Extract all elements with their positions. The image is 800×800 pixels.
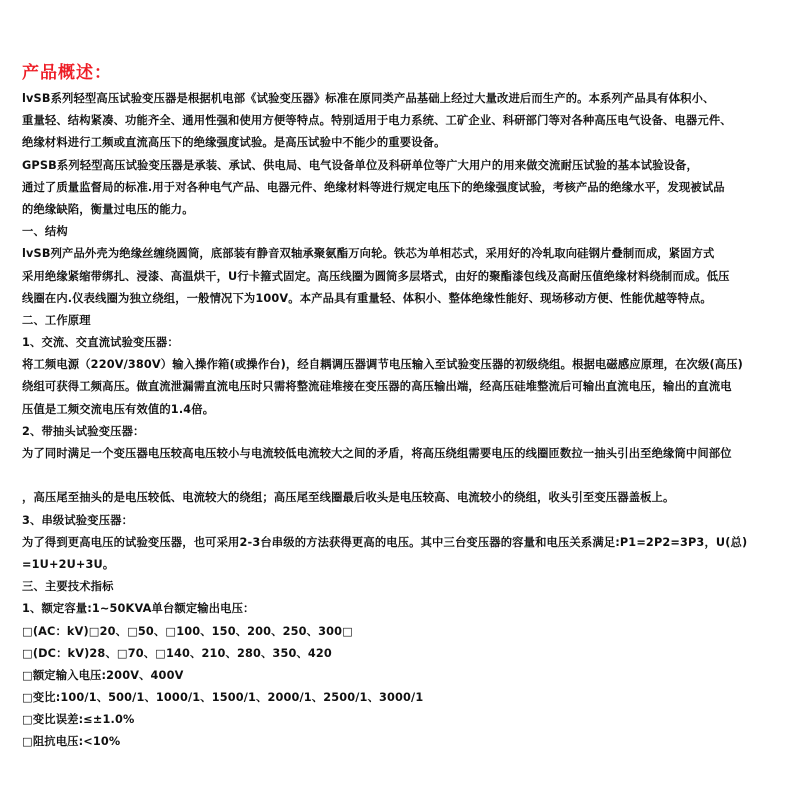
- spec-input-voltage: □额定输入电压:200V、400V: [22, 665, 792, 687]
- subheading-tapped: 2、带抽头试验变压器：: [22, 421, 792, 443]
- section-heading-specs: 三、主要技术指标: [22, 576, 792, 598]
- spec-ratio: □变比:100/1、500/1、1000/1、1500/1、2000/1、250…: [22, 687, 792, 709]
- blank-line: [22, 465, 792, 487]
- text-line: ，高压尾至抽头的是电压较低、电流较大的绕组；高压尾至线圈最后收头是电压较高、电流…: [22, 487, 792, 509]
- text-line: 绝缘材料进行工频或直流高压下的绝缘强度试验。是高压试验中不能少的重要设备。: [22, 132, 792, 154]
- text-line: 重量轻、结构紧凑、功能齐全、通用性强和使用方便等特点。特别适用于电力系统、工矿企…: [22, 110, 792, 132]
- text-line: 将工频电源（220V/380V）输入操作箱(或操作台)，经自耦调压器调节电压输入…: [22, 354, 792, 376]
- spec-impedance-voltage: □阻抗电压:<10%: [22, 731, 792, 753]
- page-title: 产品概述：: [22, 58, 112, 83]
- spec-ratio-error: □变比误差:≤±1.0%: [22, 709, 792, 731]
- subheading-cascade: 3、串级试验变压器：: [22, 510, 792, 532]
- subheading-ac-dc: 1、交流、交直流试验变压器：: [22, 332, 792, 354]
- text-line: 压值是工频交流电压有效值的1.4倍。: [22, 399, 792, 421]
- text-line: 为了同时满足一个变压器电压较高电压较小与电流较低电流较大之间的矛盾，将高压绕组需…: [22, 443, 792, 465]
- section-heading-structure: 一、结构: [22, 221, 792, 243]
- text-line: 线圈在内.仪表线圈为独立绕组，一般情况下为100V。本产品具有重量轻、体积小、整…: [22, 288, 792, 310]
- text-line: 绕组可获得工频高压。做直流泄漏需直流电压时只需将整流硅堆接在变压器的高压输出端，…: [22, 376, 792, 398]
- text-line: GPSB系列轻型高压试验变压器是承装、承试、供电局、电气设备单位及科研单位等广大…: [22, 155, 792, 177]
- text-line: 为了得到更高电压的试验变压器，也可采用2-3台串级的方法获得更高的电压。其中三台…: [22, 532, 792, 554]
- spec-ac-voltage: □(AC：kV)□20、□50、□100、150、200、250、300□: [22, 621, 792, 643]
- text-line: 的绝缘缺陷，衡量过电压的能力。: [22, 199, 792, 221]
- product-description: lvSB系列轻型高压试验变压器是根据机电部《试验变压器》标准在原同类产品基础上经…: [22, 88, 792, 754]
- text-line: lvSB列产品外壳为绝缘丝缠绕圆筒，底部装有静音双轴承聚氨酯万向轮。铁芯为单相芯…: [22, 243, 792, 265]
- spec-dc-voltage: □(DC：kV)28、□70、□140、210、280、350、420: [22, 643, 792, 665]
- section-heading-principle: 二、工作原理: [22, 310, 792, 332]
- text-line: lvSB系列轻型高压试验变压器是根据机电部《试验变压器》标准在原同类产品基础上经…: [22, 88, 792, 110]
- text-line: 采用绝缘紧缩带绑扎、浸漆、高温烘干，U行卡箍式固定。高压线圈为圆筒多层塔式，由好…: [22, 266, 792, 288]
- spec-capacity: 1、额定容量:1~50KVA单台额定输出电压：: [22, 598, 792, 620]
- text-line: 通过了质量监督局的标准.用于对各种电气产品、电器元件、绝缘材料等进行规定电压下的…: [22, 177, 792, 199]
- text-line: =1U+2U+3U。: [22, 554, 792, 576]
